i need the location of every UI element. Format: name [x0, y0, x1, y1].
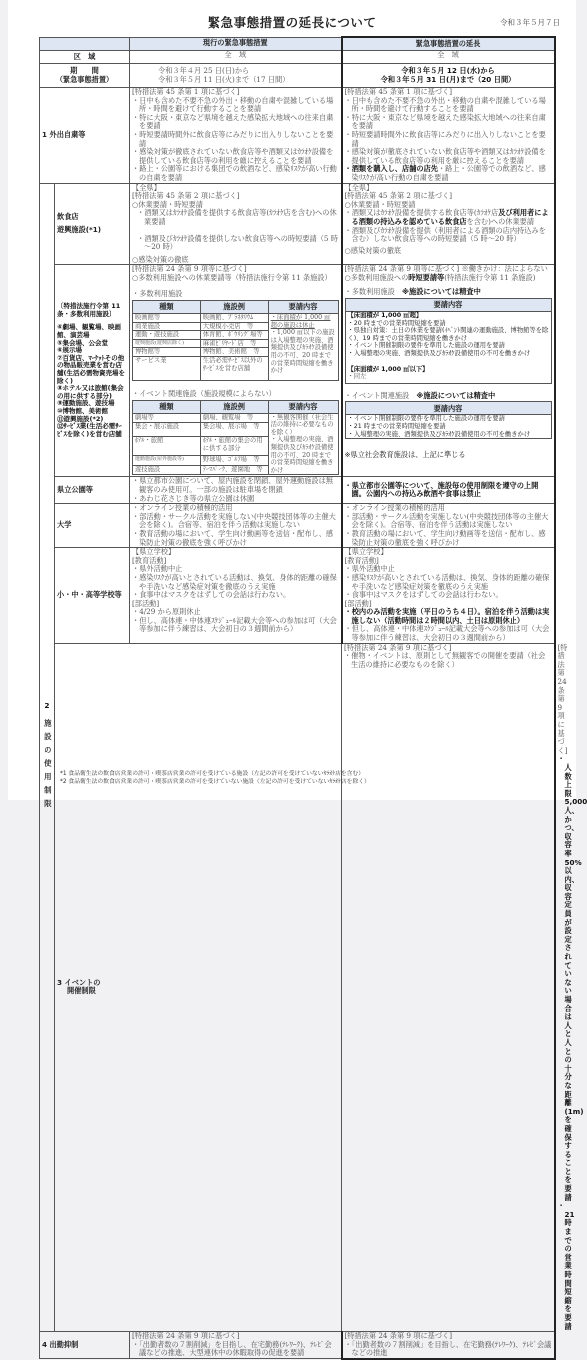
section2-number-cell: 2 施設の使用制限 — [40, 183, 55, 800]
facility-type: ⑫ｻｰﾋﾞｽ業(生活必需ｻｰﾋﾞｽを除く)を営む店舗 — [57, 423, 127, 438]
subsection-title: ・イベント関連施設 ※施設については精査中 — [345, 392, 552, 401]
list-item: ・催物・イベントは、原則として無観客での開催を要請（社会生活の維持に必要なものを… — [344, 652, 552, 669]
document-date: 令和３年５月７日 — [500, 17, 560, 28]
list-item: ・路上・公園等における集団での飲酒など、感染ﾘｽｸが高い行動の自粛を要請 — [132, 165, 339, 182]
park-current: ・県立都市公園について、屋内施設を閉鎖、屋外運動施設は無観客のみ使用可。一部の施… — [130, 477, 342, 504]
table-cell: 博物館等 — [133, 348, 201, 357]
facilities-label: 〔特措法施行令第 11 条・多数利用施設〕 ④劇場、観覧場、映画館、演芸場 ⑤集… — [55, 265, 130, 477]
multi-use-request-cell: 【床面積が 1,000 ㎡超】 ・20 時までの営業時間短縮を要請 ・県独自対策… — [345, 312, 551, 384]
area-extended: 全 域 — [342, 51, 555, 64]
measure-item: ○感染対策の徹底 — [345, 247, 552, 256]
list-item: ・感染ﾘｽｸが高いとされている活動は、換気、身体的距離の確保や手洗いなど感染症対… — [132, 574, 339, 591]
list-item-emphasis: ・校内のみ活動を実施（平日のうち４日）。宿泊を伴う活動は実施しない（活動時間は２… — [345, 608, 552, 625]
restaurant-current: 【全県】 [特措法第 45 条第 2 項に基づく] ○休業要請・時短要請 ・酒類… — [130, 183, 342, 265]
park-extended: ・県立都市公園等について、施設毎の使用制限を遵守の上開園。公園内への持込み飲酒や… — [342, 477, 555, 504]
period-current-end: 令和３年５月 11 日(火)まで（17 日間） — [158, 76, 339, 85]
table-cell: 集会・展示施設 — [133, 423, 201, 437]
period-label: 期 間 （緊急事態措置） — [40, 64, 130, 88]
university-current: ・オンライン授業の積極的活用 ・部活動・サークル活動を実施しない(中央競技団体等… — [130, 504, 342, 548]
subsection-title: ・多数利用施設 — [132, 290, 339, 299]
request-text: (特措法施行令第 11 条施設) — [444, 273, 535, 282]
multi-use-request-table: 要請内容 【床面積が 1,000 ㎡超】 ・20 時までの営業時間短縮を要請 ・… — [345, 298, 552, 384]
table-cell: 運動・遊技施設 — [133, 331, 201, 340]
table-cell: 体育館、ﾎﾞｳﾘﾝｸﾞ場等 — [200, 331, 268, 340]
column-header: 種類 — [133, 400, 201, 413]
outing-label: 1 外出自粛等 — [40, 88, 130, 184]
table-cell: 集会場、展示場 等 — [200, 423, 268, 437]
list-item: ・酒類又はｶﾗｵｹ設備を提供する飲食店等(ｶﾗｵｹ店及び利用者による酒類の持込み… — [345, 209, 552, 226]
restaurant-extended: 【全県】 [特措法第 45 条第 2 項に基づく] ○休業要請・時短要請 ・酒類… — [342, 183, 555, 265]
footnote: *2 食品衛生法の飲食店営業の許可・喫茶店営業の許可を受けていない施設（左記の許… — [60, 778, 370, 786]
column-header: 要請内容 — [268, 400, 338, 413]
request-item: ・イベント開催制限の要件を準用した施設の運用を要請 — [348, 415, 549, 423]
header-blank — [40, 37, 130, 51]
review-note: ※施設については精査中 — [402, 287, 481, 296]
column-header: 施設例 — [200, 400, 268, 413]
list-item-emphasis: ・人数上限 5,000 人、かつ、収容率 50%以内、収容定員が設定されていない… — [558, 755, 565, 800]
list-item: ・食事中はマスクをはずしての会話は行わない。 — [132, 591, 339, 600]
restaurant-row: 2 施設の使用制限 飲食店 遊興施設(*1) 【全県】 [特措法第 45 条第 … — [40, 183, 555, 265]
social-education-note: ※県立社会教育施設は、上記に準じる — [345, 451, 552, 460]
event-facility-table: 種類 施設例 要請内容 劇場等 劇場、観覧場 等 ・無観客開催（社会生活の維持に… — [132, 400, 339, 476]
subsection-title: ・イベント関連施設（施設規模によらない） — [132, 390, 339, 399]
university-label: 大学 — [55, 504, 130, 548]
column-header: 要請内容 — [268, 301, 338, 314]
outing-current: [特措法第 45 条第 1 項に基づく] ・日中も含めた不要不急の外出・移動の自… — [130, 88, 342, 184]
school-row: 小・中・高等学校等 【県立学校】 [教育活動] ・県外活動中止 ・感染ﾘｽｸが高… — [40, 548, 555, 644]
list-item: ・時短要請時間外に飲食店等にみだりに出入りしないことを要請 — [345, 131, 552, 148]
area-row: 区 域 全 域 全 域 — [40, 51, 555, 64]
list-item: ・感染対策が徹底されていない飲食店等や酒類又はｶﾗｵｹ設備を提供している飲食店等… — [345, 148, 552, 165]
restaurant-label: 飲食店 遊興施設(*1) — [55, 183, 130, 265]
list-item: ・日中も含めた不要不急の外出・移動の自粛や混雑している場所・時間を避けて行動する… — [132, 97, 339, 114]
table-cell: 運動施設(屋外施設等) — [133, 455, 201, 465]
request-item: ・1,000 ㎡以下の施設は入場整理の実施、酒類提供及びｶﾗｵｹ設備使用の不可、… — [271, 329, 336, 375]
table-cell: ﾎﾃﾙ・旅館の集会の用に供する部分 — [200, 437, 268, 455]
area-condition: 【床面積が 1,000 ㎡以下】 — [348, 366, 549, 374]
table-cell: サービス業 — [133, 357, 201, 381]
column-header: 要請内容 — [345, 299, 551, 312]
multi-use-table: 種類 施設例 要請内容 映画館等 映画館、ﾌﾟﾗﾈﾀﾘｳﾑ ・床面積が 1,00… — [132, 300, 339, 381]
events-current: [特措法第 24 条第 9 項に基づく] ・催物・イベントは、原則として無観客で… — [342, 643, 555, 800]
multi-use-request-cell: ・床面積が 1,000 ㎡超の施設は休止 ・1,000 ㎡以下の施設は入場整理の… — [268, 314, 338, 381]
outing-extended: [特措法第 45 条第 1 項に基づく] ・日中も含めた不要不急の外出・移動の自… — [342, 88, 555, 184]
header-extended: 緊急事態措置の延長 — [342, 37, 555, 51]
facilities-label-head: 〔特措法施行令第 11 条・多数利用施設〕 — [57, 303, 127, 318]
list-item: ・あわじ花さじき等の県立公園は休園 — [132, 495, 339, 504]
footnotes: *1 食品衛生法の飲食店営業の許可・喫茶店営業の許可を受けている施設（左記の許可… — [60, 770, 370, 786]
column-header: 種類 — [133, 301, 201, 314]
table-cell: 生活必需ｻｰﾋﾞｽ以外のｻｰﾋﾞｽを営む店舗 — [200, 357, 268, 381]
measures-table: 現行の緊急事態措置 緊急事態措置の延長 区 域 全 域 全 域 期 間 （緊急事… — [39, 36, 556, 800]
table-cell: 商業施設 — [133, 322, 201, 331]
restaurant-label-1: 飲食店 — [57, 213, 127, 222]
list-item: ・食事中はマスクをはずしての会話は行わない。 — [345, 591, 552, 600]
emphasis-text: 時短要請等 — [408, 273, 444, 282]
request-text: ○多数利用施設への — [345, 273, 409, 282]
column-header: 要請内容 — [345, 402, 551, 415]
header-row: 現行の緊急事態措置 緊急事態措置の延長 — [40, 37, 555, 51]
table-cell: 麻雀ﾋﾞﾘﾔｰﾄﾞ店 等 — [200, 339, 268, 348]
subsection-title-text: ・多数利用施設 — [345, 287, 395, 296]
period-current: 令和３年４月 25 日(日)から 令和３年５月 11 日(火)まで（17 日間） — [130, 64, 342, 88]
request-item: ・同左 — [348, 373, 549, 381]
list-item: ・但し、高体連・中体連ｽｹｼﾞｭｰﾙ記載大会等への参加は可（大会等参加に伴う練習… — [132, 617, 339, 634]
request-item: ・床面積が 1,000 ㎡超の施設は休止 — [271, 314, 336, 329]
table-cell: 映画館、ﾌﾟﾗﾈﾀﾘｳﾑ — [200, 314, 268, 323]
table-cell: 大規模小売店 等 — [200, 322, 268, 331]
period-row: 期 間 （緊急事態措置） 令和３年４月 25 日(日)から 令和３年５月 11 … — [40, 64, 555, 88]
request-item: ・21 時までの営業時間短縮を要請 — [348, 423, 549, 431]
section2-vertical-label: 施設の使用制限 — [43, 719, 52, 800]
school-label: 小・中・高等学校等 — [55, 548, 130, 644]
park-row: 県立公園等 ・県立都市公園について、屋内施設を閉鎖、屋外運動施設は無観客のみ使用… — [40, 477, 555, 504]
facility-type: ⑦百貨店、ﾏｰｹｯﾄその他の物品販売業を営む店舗(生活必需物資売場を除く) — [57, 355, 127, 385]
table-cell: ﾎﾃﾙ・旅館 — [133, 437, 201, 455]
list-item: ・酒類を購入し、店舗の店先・路上・公園等での飲酒など、感染ﾘｽｸが高い行動の自粛… — [345, 165, 552, 182]
request-item: ・入場整理の実施、酒類提供及びｶﾗｵｹ設備使用の不可、20 時までの営業時間短縮… — [271, 436, 336, 474]
table-cell: 遊技施設 — [133, 465, 201, 475]
list-item: ・感染ﾘｽｸが高いとされている活動は、換気、身体的距離の確保や手洗いなど感染症対… — [345, 574, 552, 591]
event-request-table: 要請内容 ・イベント開催制限の要件を準用した施設の運用を要請 ・21 時までの営… — [345, 401, 552, 439]
event-request-cell: ・無観客開催（社会生活の維持に必要なものを除く） ・入場整理の実施、酒類提供及び… — [268, 413, 338, 475]
area-label: 区 域 — [40, 51, 130, 64]
table-cell: 博物館、美術館 等 — [200, 348, 268, 357]
outing-row: 1 外出自粛等 [特措法第 45 条第 1 項に基づく] ・日中も含めた不要不急… — [40, 88, 555, 184]
subsection-title-text: ・イベント関連施設 — [345, 391, 410, 400]
list-item: ・教育活動の場において、学生向け動画等を送信・配布し、感染防止対策の徹底を強く呼… — [132, 530, 339, 547]
request-item: ・県独自対策：土日の休業を要請(ｲﾍﾞﾝﾄ関連の運動施設、博物館等を除く)、19… — [348, 327, 549, 342]
document-page: 緊急事態措置の延長について 令和３年５月７日 現行の緊急事態措置 緊急事態措置の… — [8, 0, 576, 800]
list-item: ・但し、高体連・中体連ｽｹｼﾞｭｰﾙ記載大会等への参加は可（大会等参加に伴う練習… — [345, 625, 552, 642]
review-note: ※施設については精査中 — [416, 391, 495, 400]
request-item: ・入場整理の実施、酒類提供及びｶﾗｵｹ設備使用の不可を働きかけ — [348, 431, 549, 439]
list-item: ・特に大阪・東京など県境を越えた感染拡大地域への往来自粛を要請 — [132, 114, 339, 131]
header-current: 現行の緊急事態措置 — [130, 37, 342, 51]
column-header: 施設例 — [200, 301, 268, 314]
request-type: ○多数利用施設への休業要請等（特措法施行令第 11 条施設） — [132, 274, 339, 283]
school-current: 【県立学校】 [教育活動] ・県外活動中止 ・感染ﾘｽｸが高いとされている活動は… — [130, 548, 342, 644]
list-item: ・部活動・サークル活動を実施しない(中央競技団体等の主催大会を除く)。合宿等、宿… — [132, 513, 339, 530]
section2-number: 2 — [40, 702, 54, 711]
facilities-extended: [特措法第 24 条第 9 項等に基づく] ※働きかけ：法によらない ○多数利用… — [342, 265, 555, 477]
facilities-row: 〔特措法施行令第 11 条・多数利用施設〕 ④劇場、観覧場、映画館、演芸場 ⑤集… — [40, 265, 555, 477]
page-title: 緊急事態措置の延長について — [8, 13, 576, 31]
list-item-text: を含む)への休業要請 — [467, 217, 535, 226]
period-extended-end: 令和３年５月 31 日(月)まで（20 日間） — [345, 76, 552, 85]
subsection-title: ・多数利用施設 ※施設については精査中 — [345, 288, 552, 297]
event-request-cell: ・イベント開催制限の要件を準用した施設の運用を要請 ・21 時までの営業時間短縮… — [345, 415, 551, 439]
facilities-current: [特措法第 24 条第 9 項等に基づく] ○多数利用施設への休業要請等（特措法… — [130, 265, 342, 477]
list-item: ・教育活動の場において、学生向け動画等を送信・配布し、感染防止対策の徹底を強く呼… — [345, 530, 552, 547]
table-cell: 劇場等 — [133, 413, 201, 423]
park-label: 県立公園等 — [55, 477, 130, 504]
request-item: ・イベント開催制限の要件を準用した施設の運用を要請 — [348, 342, 549, 350]
request-item: ・入場整理の実施、酒類提供及びｶﾗｵｹ設備使用の不可を働きかけ — [348, 350, 549, 358]
measure-item: ○感染対策の徹底 — [132, 256, 339, 265]
facility-type: ④劇場、観覧場、映画館、演芸場 — [57, 324, 127, 339]
footnote: *1 食品衛生法の飲食店営業の許可・喫茶店営業の許可を受けている施設（左記の許可… — [60, 770, 370, 778]
table-cell: ﾃｰﾏﾊﾟｰｸ、遊園地 等 — [200, 465, 268, 475]
table-cell: 映画館等 — [133, 314, 201, 323]
university-extended: ・オンライン授業の積極的活用 ・部活動・サークル活動を実施しない(中央競技団体等… — [342, 504, 555, 548]
list-item: ・酒類又はｶﾗｵｹ設備を提供する飲食店等(ｶﾗｵｹ店を含む)への休業要請 — [137, 209, 339, 226]
period-extended: 令和３年５月 12 日(水)から 令和３年５月 31 日(月)まで（20 日間） — [342, 64, 555, 88]
period-label-2: （緊急事態措置） — [42, 76, 127, 85]
list-item: ・酒類及びｶﾗｵｹ設備を提供（利用者による酒類の店内持込みを含む）しない飲食店等… — [345, 227, 552, 244]
table-cell: 遊興施設(遊興店除く) — [133, 339, 201, 348]
request-item: ・無観客開催（社会生活の維持に必要なものを除く） — [271, 414, 336, 437]
restaurant-label-2: 遊興施設(*1) — [57, 226, 127, 235]
table-cell: 野球場、ｺﾞﾙﾌ場 等 — [200, 455, 268, 465]
list-item: ・日中も含めた不要不急の外出・移動の自粛や混雑している場所・時間を避けて行動する… — [345, 97, 552, 114]
table-cell: 劇場、観覧場 等 — [200, 413, 268, 423]
request-type: ○多数利用施設への時短要請等(特措法施行令第 11 条施設) — [345, 274, 552, 283]
list-item: ・県立都市公園について、屋内施設を閉鎖、屋外運動施設は無観客のみ使用可。一部の施… — [132, 477, 339, 494]
list-item: ・部活動・サークル活動を実施しない(中央競技団体等の主催大会を除く)。合宿等、宿… — [345, 513, 552, 530]
school-extended: 【県立学校】 [教育活動] ・県外活動中止 ・感染ﾘｽｸが高いとされている活動は… — [342, 548, 555, 644]
area-current: 全 域 — [130, 51, 342, 64]
list-item: ・特に大阪・東京など県境を越えた感染拡大地域への往来自粛を要請 — [345, 114, 552, 131]
list-item: ・感染対策が徹底されていない飲食店等や酒類又はｶﾗｵｹ設備を提供している飲食店等… — [132, 148, 339, 165]
university-row: 大学 ・オンライン授業の積極的活用 ・部活動・サークル活動を実施しない(中央競技… — [40, 504, 555, 548]
area-condition: 【床面積が 1,000 ㎡超】 — [348, 312, 549, 320]
list-item: ・酒類及びｶﾗｵｹ設備を提供しない飲食店等への時短要請（5 時～20 時） — [137, 235, 339, 252]
list-item: ・時短要請時間外に飲食店等にみだりに出入りしないことを要請 — [132, 131, 339, 148]
